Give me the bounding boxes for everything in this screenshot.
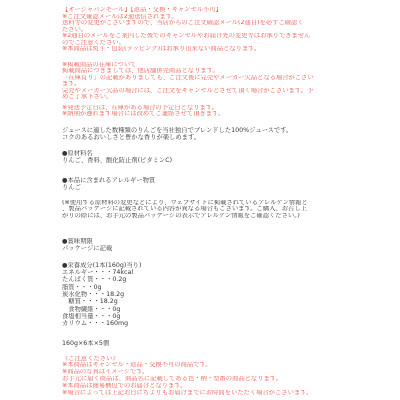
- caution-section: 《ご注意ください》 ※本商品はキャンセル・返品・交換不可の商品です。※商品の写真…: [62, 356, 346, 397]
- text-line: 、製品パッケージに記載されている内容が異なる場合もございます。ご購入、お召し上: [62, 206, 346, 213]
- nutrition-rows: エネルギー・・・74kcalたんぱく質・・・0.2g脂質・・・0g炭水化物・・・…: [62, 269, 346, 327]
- product-description-page: 【オージャパンモール】【返品・交換・キャンセル不可】※ご注文確認メールは2通送信…: [0, 0, 400, 400]
- expiry-heading: ●賞味期限: [62, 238, 346, 245]
- text-line: ※本商品はキャンセル・返品・交換不可の商品です。: [62, 362, 346, 369]
- text-line: ※商品の写真はイメージです。: [62, 369, 346, 376]
- order-notice-block: 【オージャパンモール】【返品・交換・キャンセル不可】※ご注文確認メールは2通送信…: [62, 7, 346, 53]
- allergen-heading: ●本品に含まれるアレルギー物質: [62, 177, 346, 184]
- text-line: お手元に届く商品は、商品名に記載してある色・柄・型番の商品となります。: [62, 376, 346, 383]
- text-line: 食物繊維・・・0g: [62, 306, 346, 313]
- pack-size-value: 160g×6本×5個: [62, 340, 346, 347]
- ingredients-heading: ●原材料名: [62, 150, 346, 157]
- text-line: ※場合によっては上記お日にちよりもお届けまでにお時間をいただく場合がございます。: [62, 390, 346, 397]
- text-line: 脂質・・・0g: [62, 284, 346, 291]
- text-line: ※本商品は簡易梱包でのお届けとなります。: [62, 383, 346, 390]
- caution-heading: 《ご注意ください》: [62, 356, 346, 363]
- shipping-notice-block: ※発送予定日は、在庫がある場合の予定日となります。※納期が遅れます場合には改めて…: [62, 105, 346, 118]
- text-line: ジュースに適した数種類のりんごを当社独自でブレンドした100%ジュースです。: [62, 127, 346, 134]
- text-line: たんぱく質・・・0.2g: [62, 276, 346, 283]
- text-line: 炭水化物・・・18.2g: [62, 291, 346, 298]
- product-description-text: ジュースに適した数種類のりんごを当社独自でブレンドした100%ジュースです。コク…: [62, 127, 346, 141]
- text-line: 送料等の変更がございますので、当店からのご注文確認メール(2通目)を必ずご確認く: [62, 20, 346, 27]
- ingredients-section: ●原材料名 りんご、香料、酸化防止剤(ビタミンC): [62, 150, 346, 164]
- text-line: カリウム・・・160mg: [62, 320, 346, 327]
- caution-lines: ※本商品はキャンセル・返品・交換不可の商品です。※商品の写真はイメージです。お手…: [62, 362, 346, 397]
- text-line: コクのあるおいしさと豊かな香りが楽しめます。: [62, 134, 346, 141]
- text-line: 「在庫有り」の記載がありましても、ご注文後に完売やメーカー欠品となる場合がござい: [62, 75, 346, 82]
- pack-size-section: 160g×6本×5個: [62, 340, 346, 347]
- text-line: がりの際には、お手元の製品パッケージの表示でアレルゲン情報をご確認ください。): [62, 213, 346, 220]
- nutrition-section: ●栄養成分(1本(160g)当り) エネルギー・・・74kcalたんぱく質・・・…: [62, 262, 346, 328]
- text-line: 食塩相当量・・・0g: [62, 313, 346, 320]
- expiry-section: ●賞味期限 パッケージに記載: [62, 238, 346, 252]
- text-line: ※納期が遅れます場合には改めてご連絡させて頂きます。: [62, 111, 346, 118]
- allergen-value: りんご: [62, 184, 346, 191]
- allergen-note-block: (※使用する原材料の変更などにより、ウェブサイトに掲載されているアレルゲン情報と…: [62, 200, 346, 220]
- stock-notice-block: ※掲載商品の在庫について掲載商品につきましては、他店舗併売商品となります。「在庫…: [62, 62, 346, 101]
- expiry-value: パッケージに記載: [62, 245, 346, 252]
- allergen-section: ●本品に含まれるアレルギー物質 りんご: [62, 177, 346, 191]
- product-description-content: 【オージャパンモール】【返品・交換・キャンセル不可】※ご注文確認メールは2通送信…: [62, 7, 346, 397]
- text-line: めご了承下さい。: [62, 94, 346, 101]
- text-line: 糖質・・・18.2g: [62, 298, 346, 305]
- text-line: エネルギー・・・74kcal: [62, 269, 346, 276]
- ingredients-value: りんご、香料、酸化防止剤(ビタミンC): [62, 157, 346, 164]
- nutrition-heading: ●栄養成分(1本(160g)当り): [62, 262, 346, 269]
- text-line: (※使用する原材料の変更などにより、ウェブサイトに掲載されているアレルゲン情報と: [62, 200, 346, 207]
- text-line: ※本商品は熨斗・包装(ラッピング)はお承り出来ない商品となります。: [62, 46, 346, 53]
